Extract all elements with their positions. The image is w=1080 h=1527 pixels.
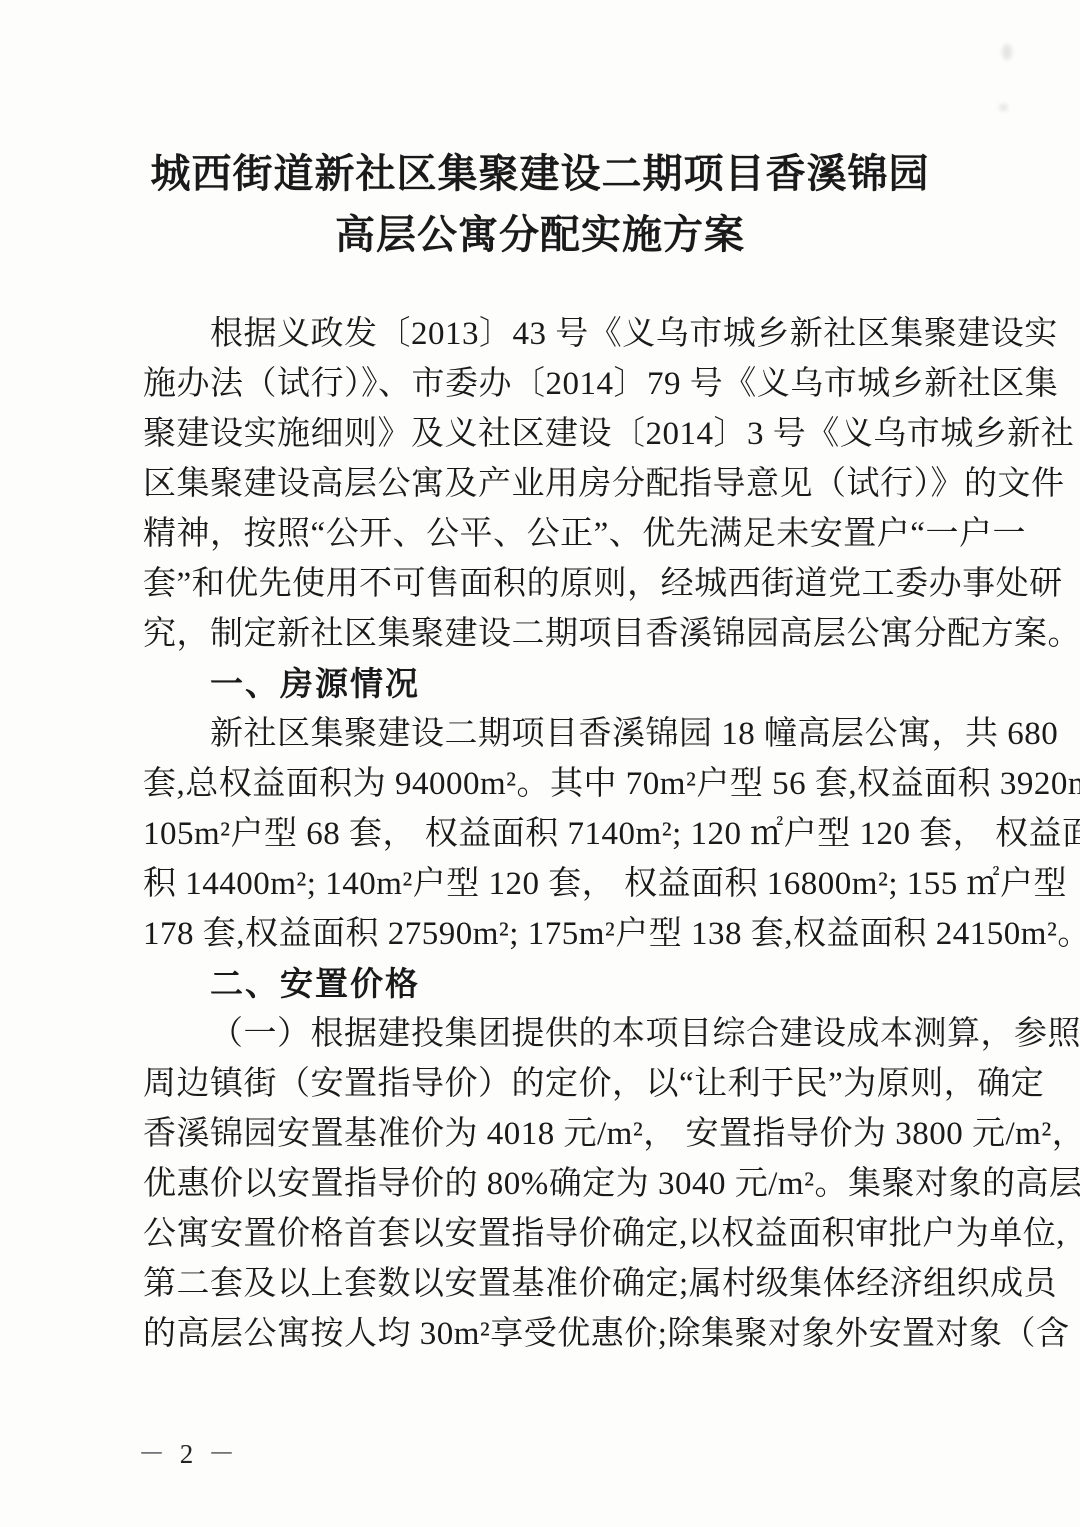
scan-artifact	[999, 104, 1008, 111]
document-page: 城西街道新社区集聚建设二期项目香溪锦园 高层公寓分配实施方案 根据义政发〔201…	[0, 0, 1080, 1527]
section2-line: 的高层公寓按人均 30m²享受优惠价;除集聚对象外安置对象（含	[143, 1309, 943, 1359]
page-number: － 2 －	[138, 1432, 239, 1471]
intro-line: 聚建设实施细则》及义社区建设〔2014〕3 号《义乌市城乡新社	[143, 409, 943, 459]
section2-heading: 二、安置价格	[143, 959, 943, 1009]
intro-line: 究，制定新社区集聚建设二期项目香溪锦园高层公寓分配方案。	[143, 609, 943, 659]
section1-line: 套,总权益面积为 94000m²。其中 70m²户型 56 套,权益面积 392…	[143, 759, 943, 809]
document-title: 城西街道新社区集聚建设二期项目香溪锦园 高层公寓分配实施方案	[70, 143, 1010, 265]
scan-artifact	[1002, 44, 1012, 60]
intro-line: 根据义政发〔2013〕43 号《义乌市城乡新社区集聚建设实	[143, 309, 943, 359]
section2-line: 公寓安置价格首套以安置指导价确定,以权益面积审批户为单位,	[143, 1209, 943, 1259]
document-body: 根据义政发〔2013〕43 号《义乌市城乡新社区集聚建设实 施办法（试行）》、市…	[143, 309, 943, 1359]
section2-line: 优惠价以安置指导价的 80%确定为 3040 元/m²。集聚对象的高层	[143, 1159, 943, 1209]
section1-heading: 一、房源情况	[143, 659, 943, 709]
intro-line: 施办法（试行）》、市委办〔2014〕79 号《义乌市城乡新社区集	[143, 359, 943, 409]
title-line-2: 高层公寓分配实施方案	[70, 204, 1010, 265]
section1-line: 新社区集聚建设二期项目香溪锦园 18 幢高层公寓，共 680	[143, 709, 943, 759]
intro-line: 套”和优先使用不可售面积的原则，经城西街道党工委办事处研	[143, 559, 943, 609]
section2-line: 第二套及以上套数以安置基准价确定;属村级集体经济组织成员	[143, 1259, 943, 1309]
intro-line: 区集聚建设高层公寓及产业用房分配指导意见（试行）》的文件	[143, 459, 943, 509]
intro-line: 精神，按照“公开、公平、公正”、优先满足未安置户“一户一	[143, 509, 943, 559]
section2-line: （一）根据建投集团提供的本项目综合建设成本测算，参照	[143, 1009, 943, 1059]
section1-line: 178 套,权益面积 27590m²; 175m²户型 138 套,权益面积 2…	[143, 909, 943, 959]
section1-line: 105m²户型 68 套， 权益面积 7140m²; 120 ㎡户型 120 套…	[143, 809, 943, 859]
section2-line: 周边镇街（安置指导价）的定价，以“让利于民”为原则，确定	[143, 1059, 943, 1109]
title-line-1: 城西街道新社区集聚建设二期项目香溪锦园	[70, 143, 1010, 204]
section2-line: 香溪锦园安置基准价为 4018 元/m²， 安置指导价为 3800 元/m²，	[143, 1109, 943, 1159]
section1-line: 积 14400m²; 140m²户型 120 套， 权益面积 16800m²; …	[143, 859, 943, 909]
